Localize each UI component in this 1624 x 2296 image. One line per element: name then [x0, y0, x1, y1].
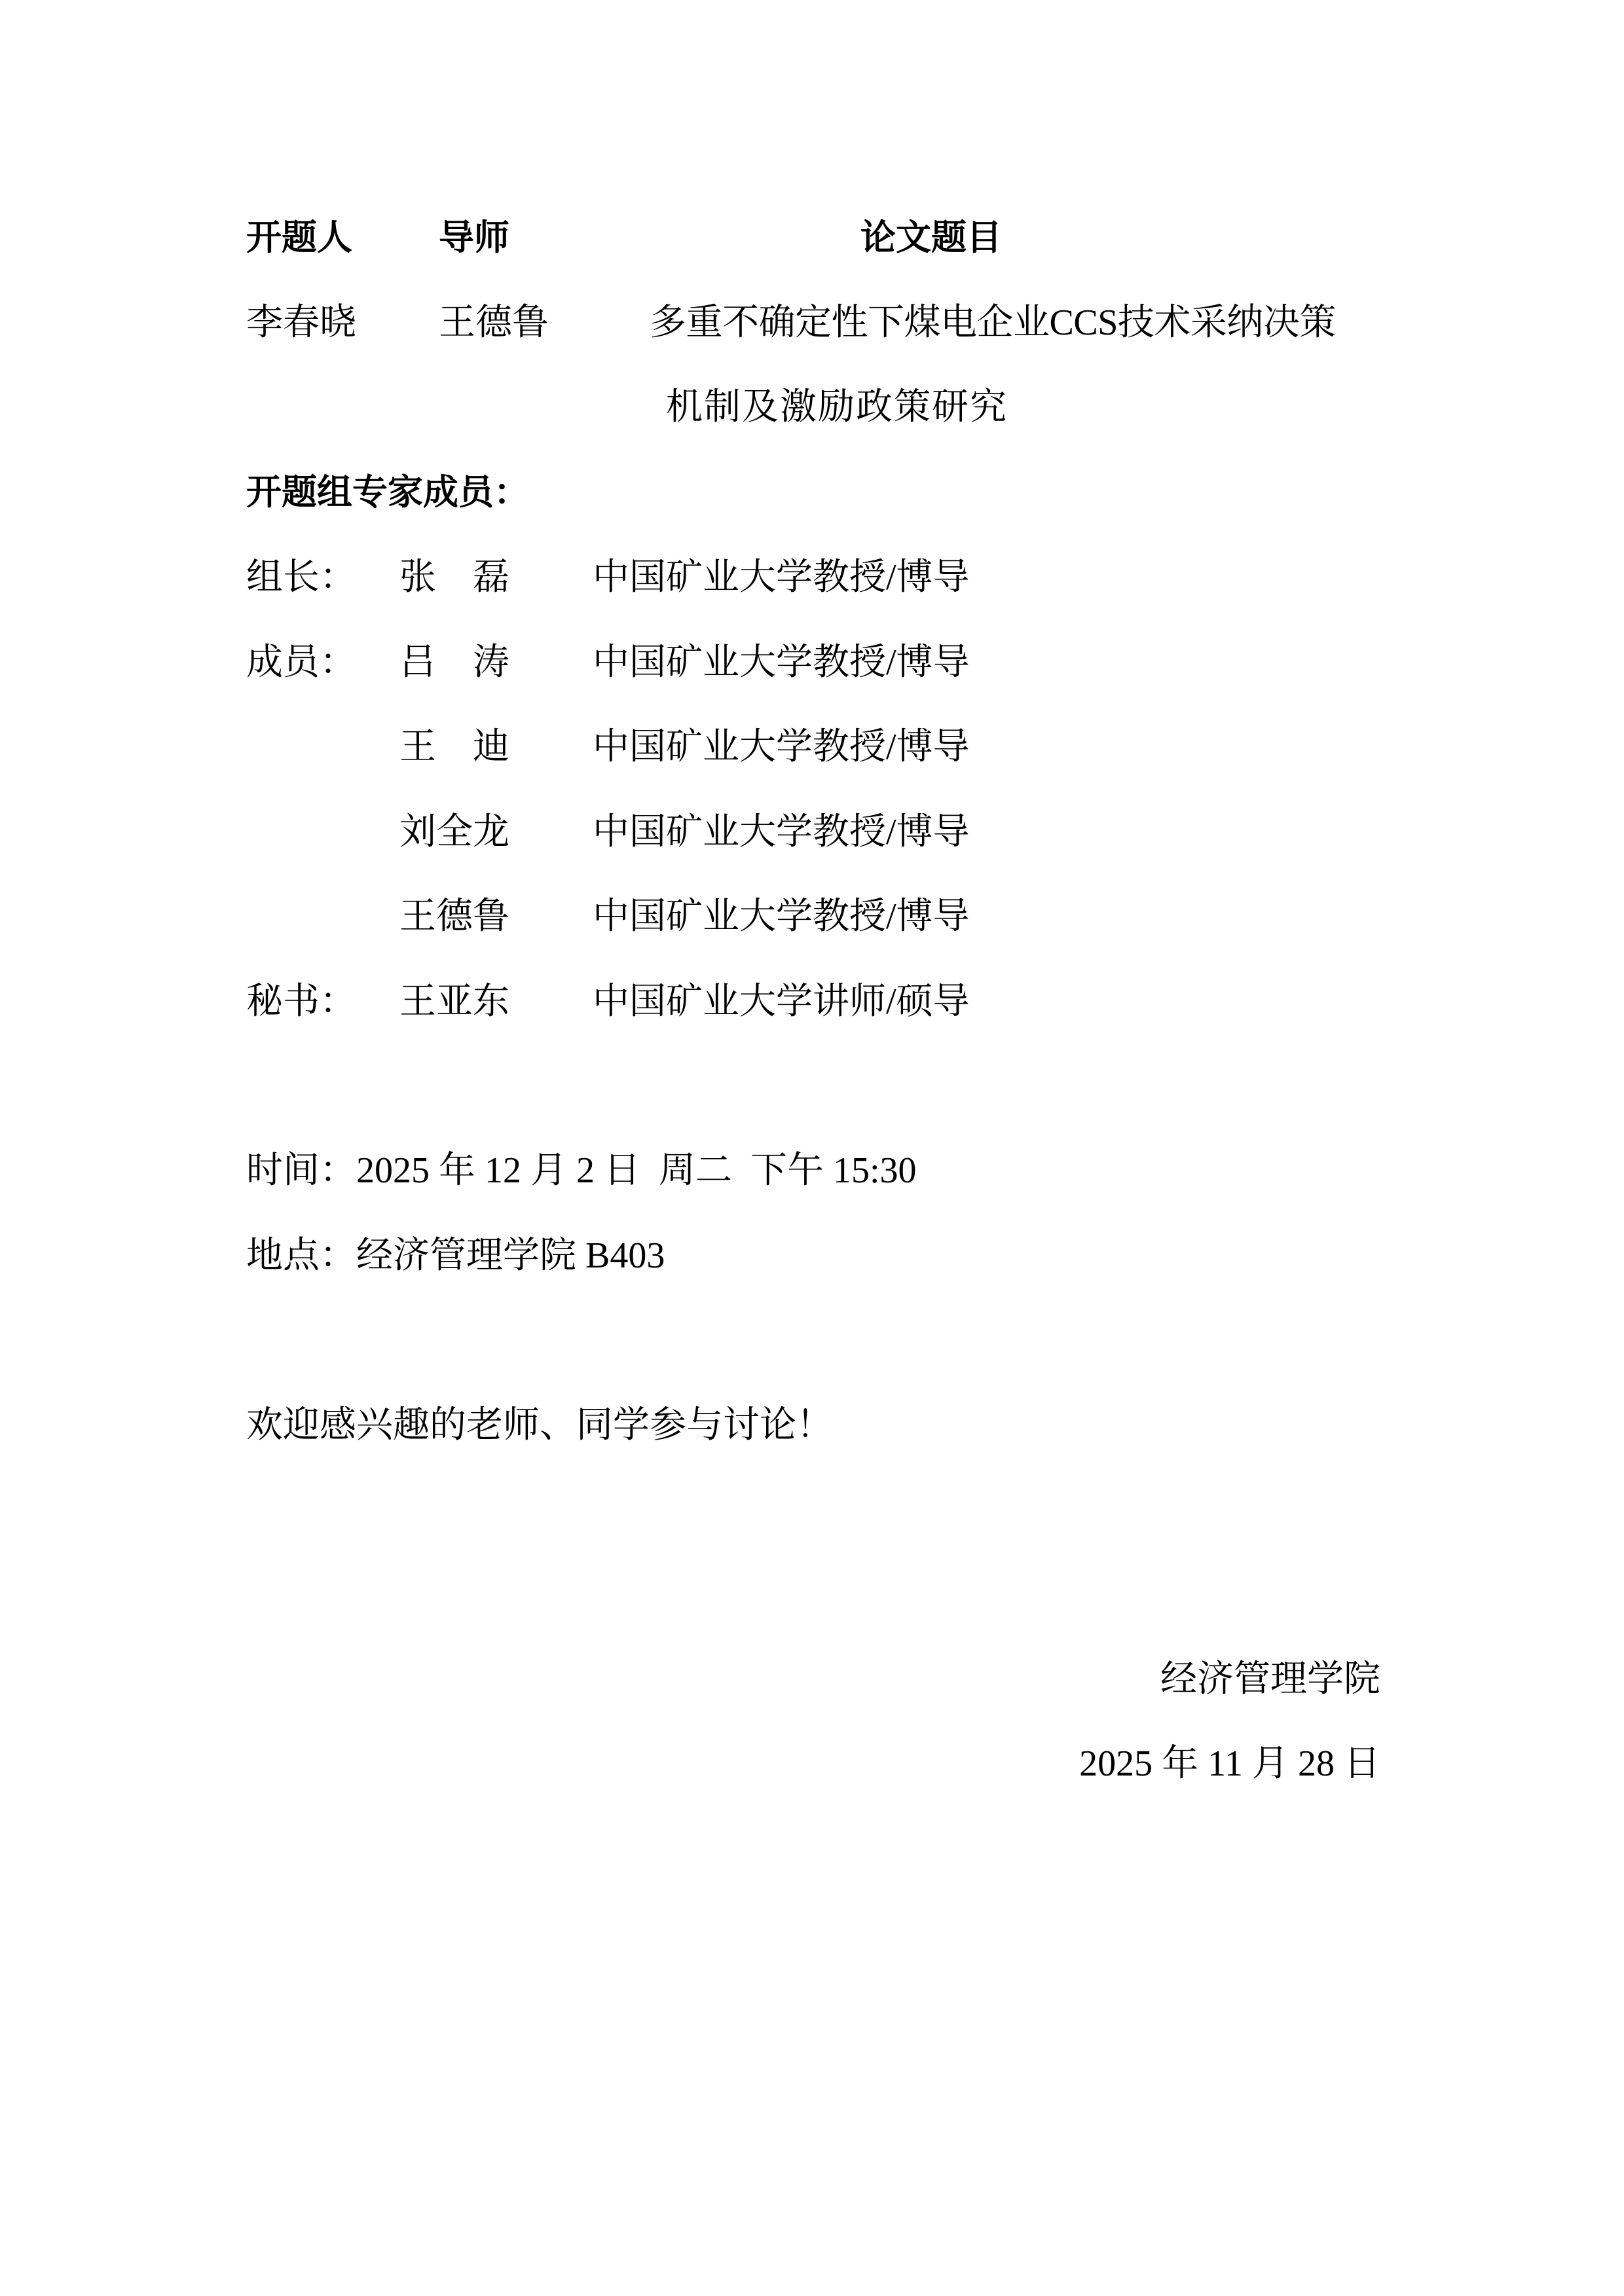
committee-name: 吕 涛 — [399, 642, 509, 683]
meeting-location: 地点：经济管理学院 B403 — [246, 1235, 665, 1277]
committee-name: 王德鲁 — [399, 896, 509, 938]
committee-name: 王亚东 — [399, 981, 509, 1023]
committee-affiliation: 中国矿业大学教授/博导 — [593, 811, 970, 853]
committee-name: 王 迪 — [399, 726, 509, 768]
welcome-message: 欢迎感兴趣的老师、同学参与讨论！ — [246, 1404, 833, 1446]
committee-role: 组长： — [246, 556, 356, 598]
thesis-title-line-1: 多重不确定性下煤电企业CCS技术采纳决策 — [650, 302, 1382, 344]
student-name: 李春晓 — [246, 302, 356, 344]
signature-organization: 经济管理学院 — [1160, 1658, 1380, 1700]
thesis-title-line-2: 机制及激励政策研究 — [666, 386, 1008, 428]
committee-affiliation: 中国矿业大学讲师/硕导 — [593, 981, 970, 1023]
proposer-column-header: 开题人 — [246, 217, 352, 259]
committee-name: 刘全龙 — [399, 811, 509, 853]
committee-affiliation: 中国矿业大学教授/博导 — [593, 896, 970, 938]
advisor-column-header: 导师 — [439, 217, 509, 259]
committee-affiliation: 中国矿业大学教授/博导 — [593, 642, 970, 683]
title-column-header: 论文题目 — [860, 217, 1002, 259]
signature-date: 2025 年 11 月 28 日 — [1079, 1743, 1380, 1785]
committee-name: 张 磊 — [399, 556, 509, 598]
committee-role: 秘书： — [246, 981, 356, 1023]
advisor-name: 王德鲁 — [439, 302, 549, 344]
committee-role: 成员： — [246, 642, 356, 683]
committee-affiliation: 中国矿业大学教授/博导 — [593, 556, 970, 598]
committee-heading: 开题组专家成员： — [246, 471, 529, 513]
meeting-time: 时间：2025 年 12 月 2 日 周二 下午 15:30 — [246, 1150, 917, 1192]
committee-affiliation: 中国矿业大学教授/博导 — [593, 726, 970, 768]
